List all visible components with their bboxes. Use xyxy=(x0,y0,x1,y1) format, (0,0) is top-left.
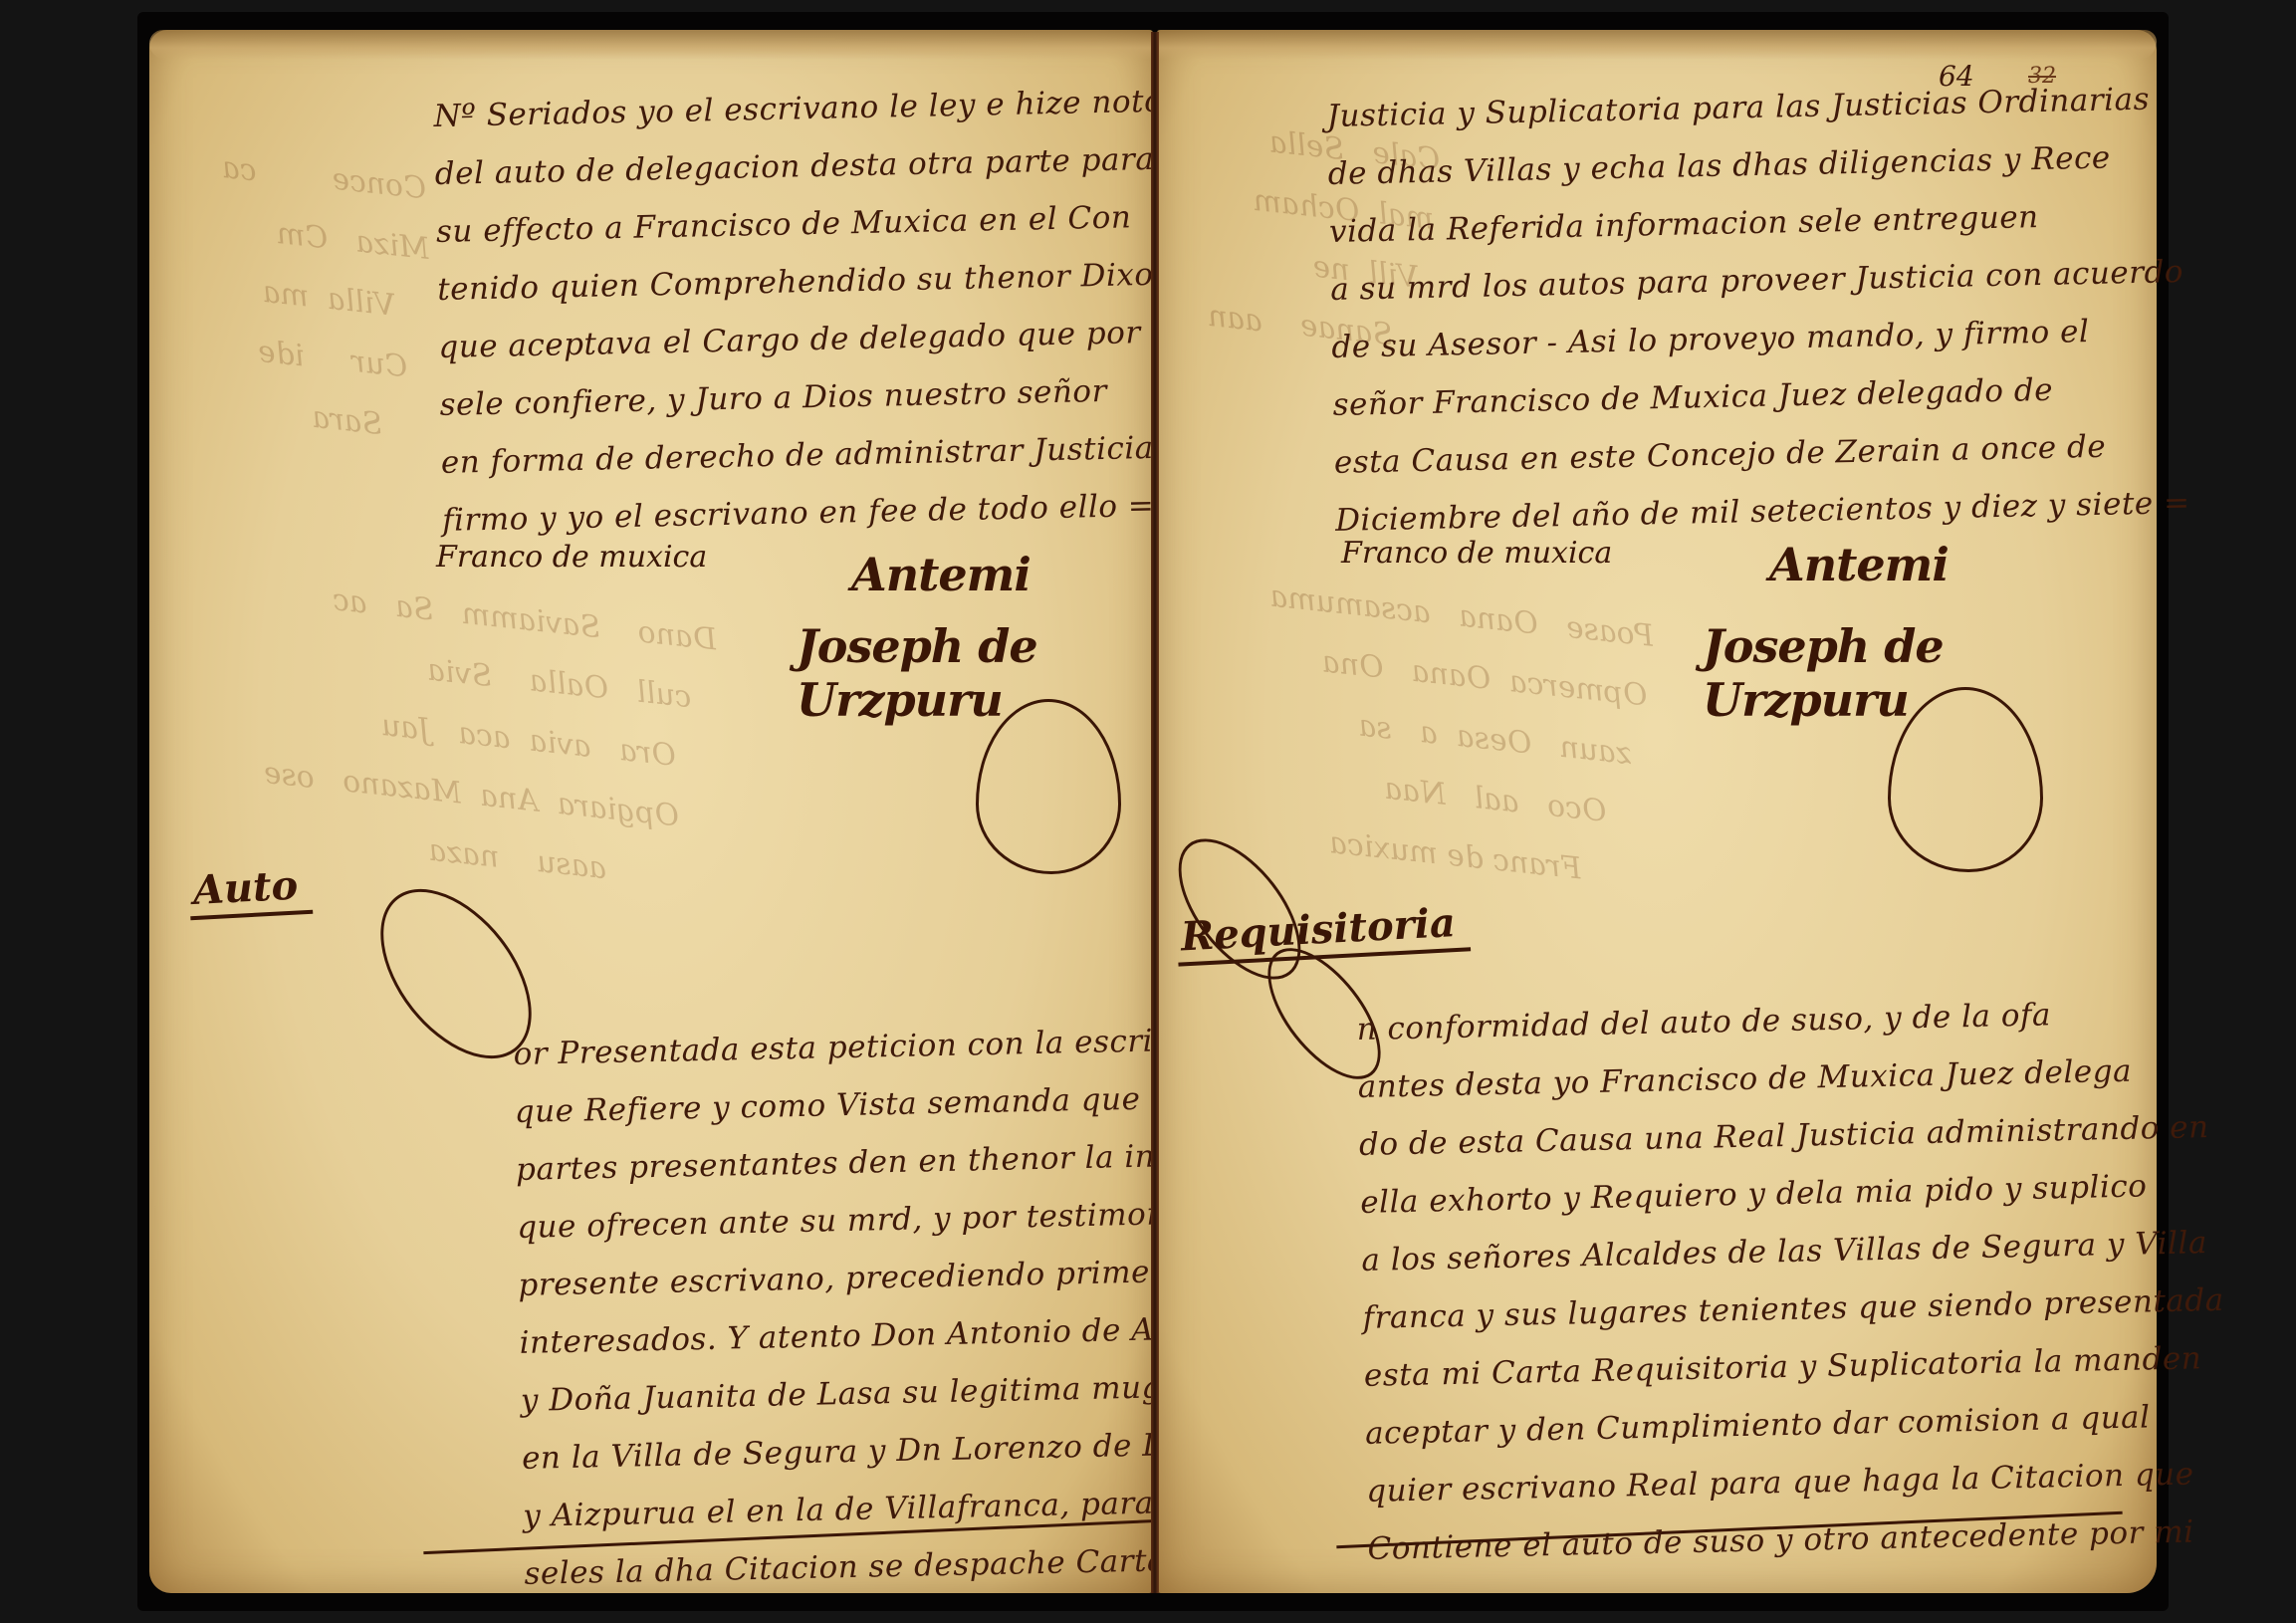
open-manuscript-volume: Conce ca Miza Cm Villa ma Cur ide Sara D… xyxy=(137,12,2169,1611)
notary-antemi: Antemi xyxy=(1769,538,1949,591)
notary-signature-joseph: Joseph de Urzpuru xyxy=(797,619,1153,727)
signature-francisco-muxica: Franco de muxica xyxy=(436,540,707,575)
worn-top-edge xyxy=(1157,30,2157,60)
left-folio: Conce ca Miza Cm Villa ma Cur ide Sara D… xyxy=(149,30,1153,1593)
margin-heading-auto: Auto xyxy=(188,861,314,920)
signature-francisco-muxica: Franco de muxica xyxy=(1341,536,1612,571)
bleedthrough-ink: Poase Oana acsamuma Opmerca Oana Ona zau… xyxy=(1242,568,1675,907)
bleedthrough-ink: Conce ca Miza Cm Villa ma Cur ide Sara xyxy=(194,138,448,459)
book-gutter xyxy=(1151,32,1159,1593)
requisitoria-text-block: n conformidad del auto de suso, y de la … xyxy=(1356,983,2229,1578)
bleedthrough-ink: Dano Saviamm Sa ac cull Oalla Svia Ora a… xyxy=(255,566,720,908)
right-folio: 64 32 Cale Sella mal Ocham Vill ne Sanae… xyxy=(1157,30,2157,1593)
worn-top-edge xyxy=(149,30,1153,60)
notary-antemi: Antemi xyxy=(851,548,1031,601)
auto-continuation-text-block: Justicia y Suplicatoria para las Justici… xyxy=(1326,70,2190,550)
diligence-text-block: Nº Seriados yo el escrivano le ley e hiz… xyxy=(433,72,1224,550)
